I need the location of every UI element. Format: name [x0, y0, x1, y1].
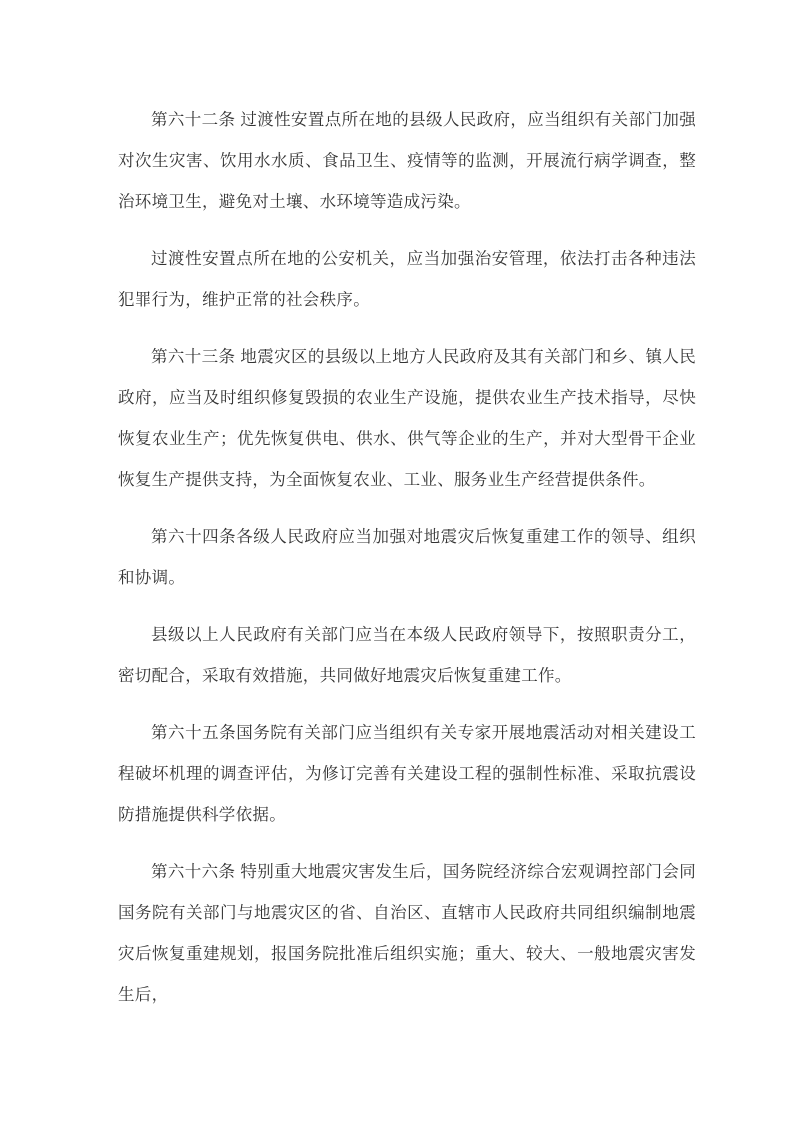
- paragraph-article-63: 第六十三条 地震灾区的县级以上地方人民政府及其有关部门和乡、镇人民政府，应当及时…: [118, 337, 696, 501]
- paragraph-article-64: 第六十四条各级人民政府应当加强对地震灾后恢复重建工作的领导、组织和协调。: [118, 517, 696, 599]
- paragraph-article-66: 第六十六条 特别重大地震灾害发生后，国务院经济综合宏观调控部门会同国务院有关部门…: [118, 852, 696, 1016]
- paragraph-article-62: 第六十二条 过渡性安置点所在地的县级人民政府，应当组织有关部门加强对次生灾害、饮…: [118, 100, 696, 223]
- paragraph-article-64-clause-2: 县级以上人民政府有关部门应当在本级人民政府领导下，按照职责分工，密切配合，采取有…: [118, 615, 696, 697]
- document-page: 第六十二条 过渡性安置点所在地的县级人民政府，应当组织有关部门加强对次生灾害、饮…: [0, 0, 793, 1122]
- document-body: 第六十二条 过渡性安置点所在地的县级人民政府，应当组织有关部门加强对次生灾害、饮…: [118, 100, 696, 1016]
- paragraph-article-65: 第六十五条国务院有关部门应当组织有关专家开展地震活动对相关建设工程破坏机理的调查…: [118, 713, 696, 836]
- paragraph-article-62-clause-2: 过渡性安置点所在地的公安机关，应当加强治安管理，依法打击各种违法犯罪行为，维护正…: [118, 239, 696, 321]
